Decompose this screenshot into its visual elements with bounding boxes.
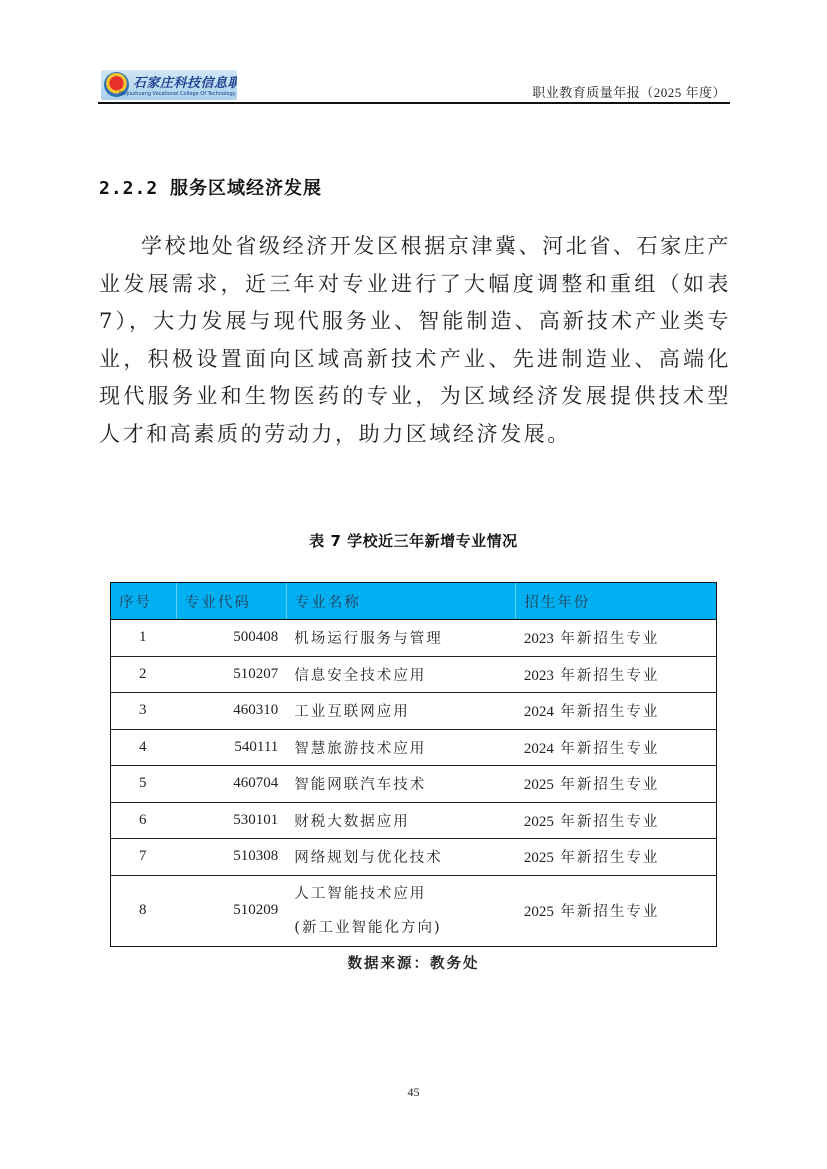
table-row: 3 460310 工业互联网应用 2024 年新招生专业 <box>111 693 717 730</box>
header-divider <box>98 102 730 104</box>
school-logo: 石家庄科技信息职业学院 Shijiazhuang Vocational Coll… <box>101 70 237 100</box>
table-row: 8 510209 人工智能技术应用 (新工业智能化方向) 2025 年新招生专业 <box>111 875 717 946</box>
table-row: 1 500408 机场运行服务与管理 2023 年新招生专业 <box>111 620 717 657</box>
cell-seq: 1 <box>111 620 177 657</box>
cell-code: 500408 <box>176 620 286 657</box>
cell-seq: 5 <box>111 766 177 803</box>
cell-name: 工业互联网应用 <box>286 693 516 730</box>
cell-name: 智慧旅游技术应用 <box>286 729 516 766</box>
cell-code: 510308 <box>176 839 286 876</box>
cell-year: 2025 年新招生专业 <box>516 802 717 839</box>
table-row: 7 510308 网络规划与优化技术 2025 年新招生专业 <box>111 839 717 876</box>
table-row: 6 530101 财税大数据应用 2025 年新招生专业 <box>111 802 717 839</box>
table-header-row: 序号 专业代码 专业名称 招生年份 <box>111 583 717 620</box>
year-suffix: 年新招生专业 <box>554 777 660 793</box>
cell-seq: 6 <box>111 802 177 839</box>
table-row: 2 510207 信息安全技术应用 2023 年新招生专业 <box>111 656 717 693</box>
school-name-en: Shijiazhuang Vocational College Of Techn… <box>119 91 237 97</box>
cell-code: 460310 <box>176 693 286 730</box>
cell-name: 人工智能技术应用 (新工业智能化方向) <box>286 875 516 946</box>
body-paragraph: 学校地处省级经济开发区根据京津冀、河北省、石家庄产业发展需求，近三年对专业进行了… <box>99 228 731 453</box>
cell-seq: 8 <box>111 875 177 946</box>
cell-name: 机场运行服务与管理 <box>286 620 516 657</box>
cell-year: 2024 年新招生专业 <box>516 693 717 730</box>
cell-name: 网络规划与优化技术 <box>286 839 516 876</box>
table-caption: 表 7 学校近三年新增专业情况 <box>0 530 827 551</box>
table-row: 5 460704 智能网联汽车技术 2025 年新招生专业 <box>111 766 717 803</box>
year-number: 2024 <box>524 704 554 720</box>
cell-seq: 7 <box>111 839 177 876</box>
year-number: 2025 <box>524 850 554 866</box>
school-name-cn: 石家庄科技信息职业学院 <box>133 72 237 91</box>
section-heading: 2.2.2 服务区域经济发展 <box>99 174 322 200</box>
cell-year: 2025 年新招生专业 <box>516 875 717 946</box>
year-number: 2024 <box>524 741 554 757</box>
cell-year: 2024 年新招生专业 <box>516 729 717 766</box>
cell-year: 2023 年新招生专业 <box>516 656 717 693</box>
year-suffix: 年新招生专业 <box>554 850 660 866</box>
cell-name: 智能网联汽车技术 <box>286 766 516 803</box>
column-header-name: 专业名称 <box>286 583 516 620</box>
cell-seq: 3 <box>111 693 177 730</box>
cell-year: 2025 年新招生专业 <box>516 839 717 876</box>
year-number: 2025 <box>524 904 554 920</box>
column-header-code: 专业代码 <box>176 583 286 620</box>
cell-year: 2023 年新招生专业 <box>516 620 717 657</box>
year-number: 2025 <box>524 777 554 793</box>
cell-code: 460704 <box>176 766 286 803</box>
cell-year: 2025 年新招生专业 <box>516 766 717 803</box>
column-header-year: 招生年份 <box>516 583 717 620</box>
cell-name: 信息安全技术应用 <box>286 656 516 693</box>
cell-seq: 2 <box>111 656 177 693</box>
year-suffix: 年新招生专业 <box>554 631 660 647</box>
year-number: 2023 <box>524 631 554 647</box>
year-suffix: 年新招生专业 <box>554 814 660 830</box>
column-header-seq: 序号 <box>111 583 177 620</box>
year-suffix: 年新招生专业 <box>554 741 660 757</box>
cell-seq: 4 <box>111 729 177 766</box>
major-name-line-2: (新工业智能化方向) <box>294 911 508 945</box>
year-number: 2023 <box>524 668 554 684</box>
report-title: 职业教育质量年报（2025 年度） <box>532 82 726 101</box>
page-number: 45 <box>0 1085 827 1100</box>
cell-code: 510207 <box>176 656 286 693</box>
cell-name: 财税大数据应用 <box>286 802 516 839</box>
page-header: 石家庄科技信息职业学院 Shijiazhuang Vocational Coll… <box>98 70 728 102</box>
cell-code: 530101 <box>176 802 286 839</box>
data-source-note: 数据来源：教务处 <box>0 952 827 973</box>
cell-code: 540111 <box>176 729 286 766</box>
cell-code: 510209 <box>176 875 286 946</box>
year-suffix: 年新招生专业 <box>554 668 660 684</box>
table-row: 4 540111 智慧旅游技术应用 2024 年新招生专业 <box>111 729 717 766</box>
major-name-line-1: 人工智能技术应用 <box>294 877 508 911</box>
year-suffix: 年新招生专业 <box>554 704 660 720</box>
year-suffix: 年新招生专业 <box>554 904 660 920</box>
year-number: 2025 <box>524 814 554 830</box>
new-majors-table: 序号 专业代码 专业名称 招生年份 1 500408 机场运行服务与管理 202… <box>110 582 717 947</box>
